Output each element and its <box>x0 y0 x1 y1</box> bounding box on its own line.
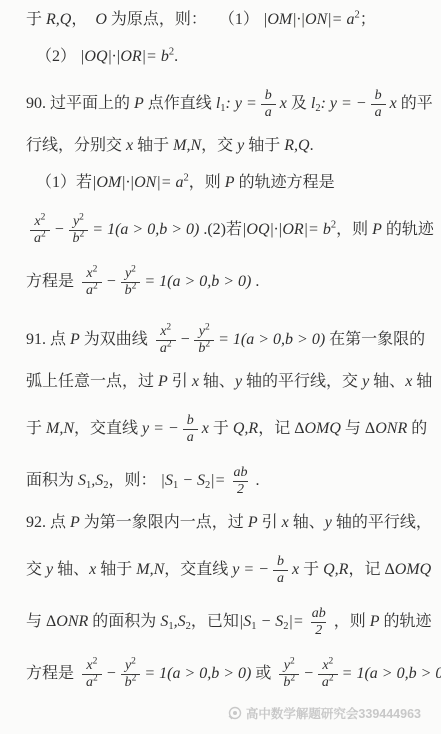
math-run: − <box>256 613 275 630</box>
text-run: 轴于 <box>96 561 136 578</box>
text-run: 于 <box>26 11 46 28</box>
math-subscript: S2 <box>178 613 191 630</box>
seal-icon <box>228 706 242 720</box>
text-run: 90. 过平面上的 <box>26 95 134 112</box>
text-line: 交 y 轴、x 轴于 M,N，交直线 y = −bax 于 Q,R，记 ΔOMQ <box>26 548 431 592</box>
math-run: ONR <box>56 613 88 630</box>
math-run: M,N <box>173 137 201 154</box>
math-run: − <box>180 331 191 348</box>
fraction-numerator: y2 <box>69 214 88 230</box>
math-run: P <box>70 331 80 348</box>
text-run: 的 <box>407 420 427 437</box>
math-run: x <box>192 373 199 390</box>
text-run: 于 <box>26 420 46 437</box>
math-run: R,Q <box>46 11 71 28</box>
fraction-denominator: a2 <box>318 674 338 691</box>
math-run: ONR <box>375 420 407 437</box>
text-run: 轴于 <box>133 137 173 154</box>
text-run: ，交直线 <box>74 420 142 437</box>
text-run: 于 <box>209 420 233 437</box>
math-run: Q,R <box>233 420 258 437</box>
math-run: y <box>235 373 242 390</box>
math-run: O <box>95 11 107 28</box>
math-run: = 1(a > 0,b > 0) <box>342 665 441 682</box>
text-line: x2a2−y2b2= 1(a > 0,b > 0) .(2)若|OQ|·|OR|… <box>26 208 431 252</box>
text-run: 交 <box>26 561 46 578</box>
text-run: 轴的平行线， <box>332 514 432 531</box>
math-fraction: x2a2 <box>156 324 176 357</box>
math-fraction: y2b2 <box>279 658 299 691</box>
fraction-numerator: b <box>261 88 276 104</box>
math-run: |OM|·|ON|= <box>263 11 347 28</box>
math-run: |= <box>210 472 225 489</box>
math-run: OMQ <box>304 420 340 437</box>
text-run: 为第一象限内一点，过 <box>80 514 248 531</box>
text-run: . <box>255 472 259 489</box>
text-run: 91. 点 <box>26 331 70 348</box>
fraction-numerator: x2 <box>30 214 49 230</box>
text-line: 90. 过平面上的 P 点作直线 l1: y =bax 及 l2: y = −b… <box>26 82 431 126</box>
text-run: 引 <box>258 514 282 531</box>
math-run: P <box>70 514 80 531</box>
math-fraction: y2b2 <box>121 658 141 691</box>
fraction-numerator: y2 <box>121 658 140 674</box>
math-run: |OM|·|ON|= <box>92 174 176 191</box>
math-run: P <box>248 514 258 531</box>
math-run: : y = − <box>321 95 367 112</box>
fraction-denominator: b2 <box>121 282 141 299</box>
math-subscript: l1 <box>216 95 226 112</box>
text-run: 在第一象限的 <box>325 331 425 348</box>
text-line: 与 ΔONR 的面积为 S1,S2，已知|S1 − S2|=ab2，则 P 的轨… <box>26 600 431 644</box>
watermark: 高中数学解题研究会339444963 <box>26 704 431 722</box>
math-fraction: x2a2 <box>318 658 338 691</box>
text-line: 方程是 x2a2−y2b2= 1(a > 0,b > 0) 或 y2b2−x2a… <box>26 652 431 696</box>
math-run: P <box>134 95 144 112</box>
math-run: y = − <box>142 420 179 437</box>
fraction-numerator: x2 <box>82 658 101 674</box>
text-run: 轴 <box>412 373 432 390</box>
math-superscript: b2 <box>161 48 174 65</box>
math-superscript: b2 <box>323 221 336 238</box>
math-run: x <box>282 514 289 531</box>
math-run: − <box>178 472 197 489</box>
fraction-numerator: x2 <box>318 658 337 674</box>
math-run: y = − <box>232 561 269 578</box>
fraction-denominator: a <box>371 104 386 121</box>
text-run: 引 <box>168 373 192 390</box>
text-run: ，记 Δ <box>258 420 304 437</box>
math-subscript: S1 <box>160 613 173 630</box>
text-run: 轴、 <box>369 373 405 390</box>
math-run: |OQ|·|OR|= <box>242 221 323 238</box>
fraction-denominator: a2 <box>156 340 176 357</box>
math-subscript: S2 <box>197 472 210 489</box>
text-line: （2） |OQ|·|OR|= b2. <box>26 45 431 69</box>
math-run: − <box>54 221 65 238</box>
math-fraction: ba <box>371 88 386 121</box>
text-run: ，则 <box>334 613 370 630</box>
text-run: 的轨迹方程是 <box>235 174 335 191</box>
fraction-denominator: 2 <box>311 622 326 639</box>
math-run: P <box>370 613 380 630</box>
math-run: = 1(a > 0,b > 0) <box>144 273 251 290</box>
fraction-denominator: a <box>183 429 198 446</box>
math-fraction: ba <box>261 88 276 121</box>
text-run: 面积为 <box>26 472 78 489</box>
text-run: 行线，分别交 <box>26 137 126 154</box>
text-run: ； <box>360 11 376 28</box>
math-run: OMQ <box>395 561 431 578</box>
text-run: 92. 点 <box>26 514 70 531</box>
fraction-numerator: b <box>273 554 288 570</box>
text-run: 于 <box>299 561 323 578</box>
text-run: 轴、 <box>53 561 89 578</box>
math-fraction: x2a2 <box>30 214 50 247</box>
text-run: 与 Δ <box>341 420 375 437</box>
text-run: 轴、 <box>289 514 325 531</box>
text-run: 及 <box>287 95 311 112</box>
text-run: ， <box>71 11 95 28</box>
text-line: 行线，分别交 x 轴于 M,N，交 y 轴于 R,Q. <box>26 134 431 158</box>
math-run: = 1(a > 0,b > 0) <box>144 665 251 682</box>
math-run: : y = <box>226 95 257 112</box>
math-fraction: x2a2 <box>82 658 102 691</box>
text-run: ，则 <box>189 174 225 191</box>
text-run: ，则 <box>336 221 372 238</box>
math-subscript: S1 <box>243 613 256 630</box>
text-run: 弧上任意一点，过 <box>26 373 158 390</box>
text-run: . <box>174 48 178 65</box>
math-run: − <box>106 665 117 682</box>
math-run: P <box>158 373 168 390</box>
fraction-denominator: b2 <box>279 674 299 691</box>
math-run: M,N <box>46 420 74 437</box>
math-run: |= <box>289 613 304 630</box>
watermark-text: 高中数学解题研究会339444963 <box>246 704 421 722</box>
fraction-numerator: x2 <box>82 266 101 282</box>
math-run: P <box>225 174 235 191</box>
math-run: R,Q <box>284 137 309 154</box>
math-fraction: y2b2 <box>121 266 141 299</box>
text-run: 为原点，则： （1） <box>107 11 263 28</box>
fraction-numerator: ab <box>308 606 330 622</box>
text-line: 方程是 x2a2−y2b2= 1(a > 0,b > 0) . <box>26 260 431 304</box>
math-run: y <box>325 514 332 531</box>
text-run: . <box>251 273 259 290</box>
math-fraction: y2b2 <box>194 324 214 357</box>
text-line: （1）若|OM|·|ON|= a2，则 P 的轨迹方程是 <box>26 171 431 195</box>
text-run: （1）若 <box>36 174 92 191</box>
math-subscript: S2 <box>275 613 288 630</box>
fraction-numerator: b <box>183 413 198 429</box>
fraction-numerator: y2 <box>280 658 299 674</box>
page: 于 R,Q， O 为原点，则： （1） |OM|·|ON|= a2；（2） |O… <box>0 0 441 722</box>
text-run: （2） <box>36 48 80 65</box>
fraction-denominator: a <box>261 104 276 121</box>
math-run: − <box>106 273 117 290</box>
math-fraction: ba <box>183 413 198 446</box>
text-line: 92. 点 P 为第一象限内一点，过 P 引 x 轴、y 轴的平行线， <box>26 511 431 535</box>
text-run: 轴的平行线，交 <box>242 373 362 390</box>
text-run: 与 Δ <box>26 613 56 630</box>
fraction-denominator: a2 <box>82 674 102 691</box>
text-run: ，记 Δ <box>348 561 394 578</box>
fraction-denominator: b2 <box>121 674 141 691</box>
math-run: Q,R <box>323 561 348 578</box>
math-fraction: x2a2 <box>82 266 102 299</box>
fraction-denominator: a2 <box>82 282 102 299</box>
fraction-denominator: a2 <box>30 230 50 247</box>
text-run: 的轨迹 <box>382 221 434 238</box>
text-run: ，则： <box>109 472 161 489</box>
fraction-numerator: b <box>371 88 386 104</box>
text-run: 的轨迹 <box>380 613 432 630</box>
math-fraction: y2b2 <box>69 214 89 247</box>
fraction-denominator: a <box>273 570 288 587</box>
math-run: x <box>202 420 209 437</box>
math-run: = 1(a > 0,b > 0) <box>92 221 199 238</box>
math-run: M,N <box>136 561 164 578</box>
math-superscript: a2 <box>176 174 189 191</box>
fraction-denominator: b2 <box>69 230 89 247</box>
fraction-numerator: x2 <box>156 324 175 340</box>
math-fraction: ba <box>273 554 288 587</box>
fraction-numerator: ab <box>229 465 251 481</box>
math-superscript: a2 <box>346 11 359 28</box>
text-run: ，交 <box>201 137 237 154</box>
text-run: 的平 <box>397 95 433 112</box>
text-run: 的面积为 <box>88 613 160 630</box>
fraction-denominator: 2 <box>233 481 248 498</box>
text-run: 方程是 <box>26 665 78 682</box>
text-run: ，已知 <box>191 613 239 630</box>
text-run: 轴、 <box>199 373 235 390</box>
math-run: x <box>280 95 287 112</box>
text-line: 91. 点 P 为双曲线 x2a2−y2b2= 1(a > 0,b > 0) 在… <box>26 318 431 362</box>
text-run: 或 <box>251 665 275 682</box>
text-run: 方程是 <box>26 273 78 290</box>
text-run: ，交直线 <box>164 561 232 578</box>
math-run: |OQ|·|OR|= <box>80 48 161 65</box>
fraction-denominator: b2 <box>194 340 214 357</box>
math-subscript: S2 <box>95 472 108 489</box>
math-run: − <box>303 665 314 682</box>
text-line: 弧上任意一点，过 P 引 x 轴、y 轴的平行线，交 y 轴、x 轴 <box>26 370 431 394</box>
math-subscript: S1 <box>78 472 91 489</box>
math-run: x <box>390 95 397 112</box>
text-run: 点作直线 <box>144 95 216 112</box>
math-fraction: ab2 <box>229 465 251 498</box>
text-run: 为双曲线 <box>80 331 152 348</box>
fraction-numerator: y2 <box>121 266 140 282</box>
math-run: P <box>372 221 382 238</box>
math-run: = 1(a > 0,b > 0) <box>218 331 325 348</box>
math-fraction: ab2 <box>308 606 330 639</box>
document-body: 于 R,Q， O 为原点，则： （1） |OM|·|ON|= a2；（2） |O… <box>26 8 431 696</box>
text-run: .(2)若 <box>199 221 242 238</box>
fraction-numerator: y2 <box>195 324 214 340</box>
math-run: , <box>174 613 178 630</box>
math-subscript: S1 <box>165 472 178 489</box>
text-line: 于 R,Q， O 为原点，则： （1） |OM|·|ON|= a2； <box>26 8 431 32</box>
text-run: . <box>310 137 314 154</box>
text-line: 于 M,N，交直线 y = −bax 于 Q,R，记 ΔOMQ 与 ΔONR 的 <box>26 407 431 451</box>
text-line: 面积为 S1,S2，则： |S1 − S2|=ab2. <box>26 459 431 503</box>
math-subscript: l2 <box>311 95 321 112</box>
text-run: 轴于 <box>244 137 284 154</box>
